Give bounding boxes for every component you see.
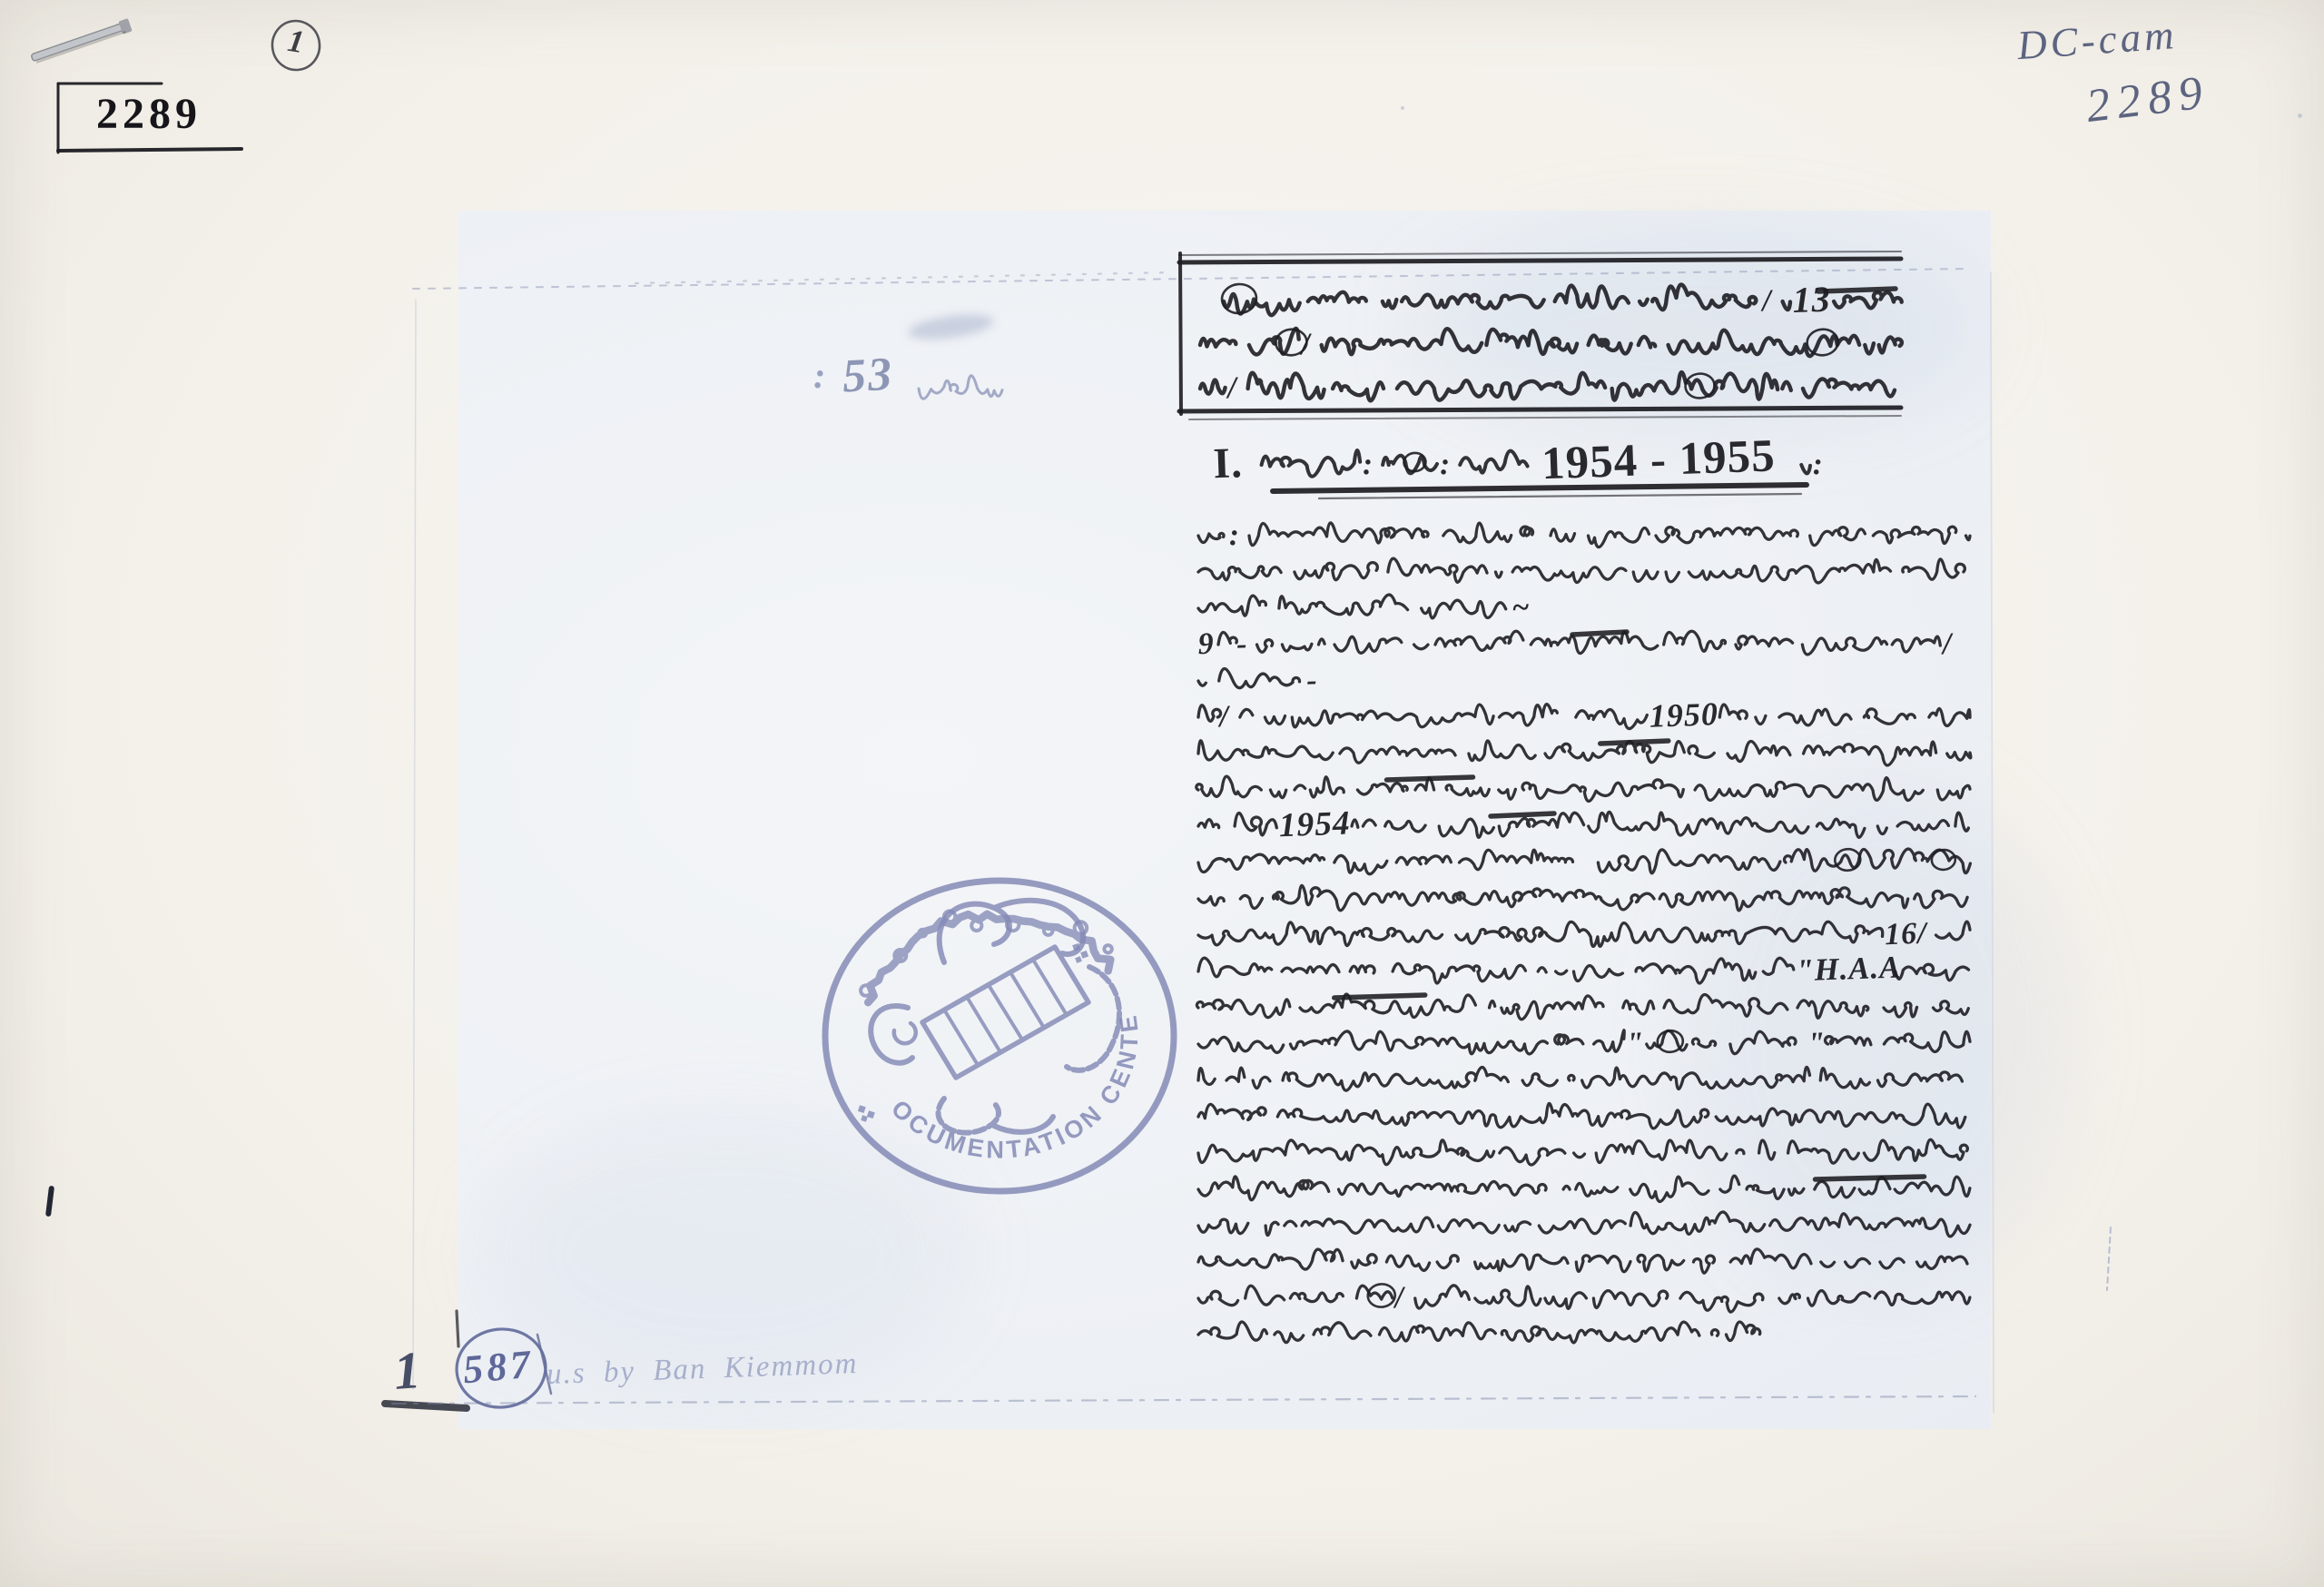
- ink-smear: [1572, 632, 1627, 635]
- circled-annotations: [269, 18, 549, 1412]
- handwriting-line: /: [1200, 328, 1902, 362]
- scan-stroke: [2107, 1227, 2111, 1290]
- document-artwork: /13//I.::1954 - 1955::~9-/-/1950195416/"…: [0, 0, 2324, 1587]
- handwriting-line: [1198, 1067, 1975, 1090]
- handwriting-line: ~: [1198, 591, 1531, 626]
- ink-smear: [1600, 741, 1669, 744]
- handwriting-token: ~: [1512, 591, 1531, 626]
- handwriting-token: ": [1626, 1027, 1645, 1061]
- scan-stroke: [1991, 272, 1994, 1413]
- scan-stroke: [413, 269, 1968, 289]
- handwriting-line: I.::1954 - 1955:: [1213, 430, 1825, 489]
- ink-smear: [1816, 1177, 1925, 1179]
- handwriting-token: "H.A.A: [1796, 949, 1902, 988]
- sheet-note-colon: :: [813, 354, 825, 397]
- handwriting-line: -: [1198, 664, 1318, 697]
- scan-stroke: [1273, 485, 1807, 491]
- handwriting-token: :: [1362, 448, 1374, 481]
- handwriting-token: 1954: [1278, 804, 1351, 844]
- scan-stroke: [413, 300, 416, 1389]
- ink-smear: [1387, 777, 1473, 780]
- scan-stroke: [1319, 494, 1801, 498]
- handwriting-token: 16/: [1884, 917, 1929, 952]
- handwriting-token: -: [1236, 627, 1248, 661]
- ink-smear: [1818, 289, 1896, 291]
- pencil-handwriting: [919, 376, 1011, 399]
- handwriting-line: [919, 376, 1011, 399]
- handwriting-line: 16/: [1198, 917, 1970, 952]
- scan-stroke: [1179, 259, 1901, 262]
- stamp-bottom-text: DOCUMENTATION CENTER: [0, 0, 1144, 1164]
- ink-ring: [1657, 1030, 1684, 1053]
- scan-stroke: [457, 1311, 458, 1346]
- handwriting-token: 9: [1197, 627, 1215, 662]
- handwriting-line: [1196, 994, 1968, 1020]
- staple-icon: [30, 18, 133, 64]
- handwriting-line: :: [1198, 518, 1970, 552]
- khmer-handwriting-body: /13//I.::1954 - 1955::~9-/-/1950195416/"…: [1196, 279, 1984, 1343]
- scan-stroke: [392, 1396, 1975, 1404]
- handwriting-token: 1950: [1649, 695, 1718, 734]
- handwriting-line: /: [1198, 1281, 1970, 1316]
- handwriting-token: 1954 - 1955: [1541, 430, 1776, 489]
- handwriting-line: [1198, 1103, 1974, 1128]
- sheet-count-note: 53: [841, 348, 894, 404]
- handwriting-line: [1198, 741, 1971, 765]
- scan-stroke: [1179, 408, 1901, 411]
- footer-page-number: 1: [392, 1339, 423, 1402]
- handwriting-line: [1196, 776, 1984, 801]
- handwriting-token: 13: [1792, 279, 1832, 320]
- handwriting-line: "": [1198, 1027, 1970, 1061]
- documentation-center-stamp: DOCUMENTATION CENTER: [0, 0, 1174, 1191]
- scanned-document-page: /13//I.::1954 - 1955::~9-/-/1950195416/"…: [0, 0, 2324, 1587]
- handwriting-line: [1198, 885, 1967, 910]
- handwriting-line: /13: [1221, 279, 1902, 320]
- handwriting-line: /1950: [1198, 695, 1970, 734]
- handwriting-line: /: [1200, 371, 1895, 406]
- handwriting-token: :: [1228, 518, 1241, 552]
- footer-circled-number: 587: [461, 1341, 536, 1394]
- scan-stroke: [58, 149, 241, 151]
- handwriting-token: ": [1807, 1027, 1826, 1061]
- handwriting-token: I.: [1213, 439, 1244, 488]
- handwriting-line: [1198, 1139, 1967, 1165]
- handwriting-line: 1954: [1198, 804, 1968, 844]
- handwriting-line: [1198, 1212, 1984, 1237]
- handwriting-token: /: [1939, 627, 1955, 662]
- handwriting-line: "H.A.A: [1198, 949, 1969, 988]
- ink-smear: [1334, 995, 1425, 998]
- circled-page-number: 1: [273, 21, 319, 63]
- scan-stroke: [1189, 416, 1901, 419]
- scan-stroke: [1179, 251, 1901, 255]
- ink-ring: [1806, 328, 1838, 356]
- ink-smear: [1491, 813, 1554, 816]
- handwriting-line: [1198, 848, 1970, 874]
- scan-stroke: [1180, 253, 1181, 414]
- handwriting-line: [1198, 558, 1965, 583]
- handwriting-token: /: [1759, 284, 1775, 319]
- handwriting-token: :: [1812, 448, 1825, 481]
- handwriting-line: 9-/: [1197, 627, 1955, 662]
- handwriting-token: :: [1439, 448, 1452, 481]
- handwriting-line: [1198, 1249, 1967, 1273]
- handwriting-token: -: [1306, 664, 1319, 697]
- archive-number-label: 2289: [96, 89, 202, 139]
- handwriting-line: [1198, 1176, 1970, 1201]
- handwriting-line: [1198, 1322, 1760, 1343]
- scan-stroke: [635, 272, 1171, 283]
